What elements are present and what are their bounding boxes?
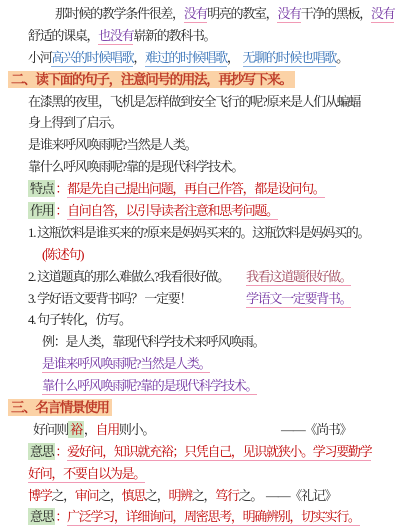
text-segment-plain: ，: [227, 50, 243, 65]
text-segment-plain: 之，: [98, 488, 121, 503]
tedian-line: 特点：都是先自己提出问题，再自己作答，都是设问句。: [0, 178, 395, 200]
para1-line2: 舒适的课桌，也没有崭新的教科书。: [0, 25, 395, 47]
text-segment-red: ：: [55, 203, 67, 218]
section2-question2: 靠什么呼风唤雨呢?靠的是现代科学技术。: [0, 156, 395, 178]
quote-shangshu: 好问则裕，自用则小。——《尚书》: [0, 419, 395, 441]
text-segment-plain: 2. 这道题真的那么难做么?我看很好做。: [28, 269, 229, 284]
text-segment-plain: ——《礼记》: [262, 488, 336, 503]
text-segment-blue-u: 高兴的时候唱歌: [51, 50, 133, 67]
text-segment-maroon-u: 我看这道题很好做。: [246, 269, 351, 286]
text-segment-plain: 例：是人类，靠现代科学技术来呼风唤雨。: [42, 334, 264, 349]
text-segment-red: ：: [55, 509, 67, 524]
text-segment-plain: ，: [84, 422, 96, 437]
item-3: 3. 学好语文要背书吗？ 一定要！学语文一定要背书。: [0, 288, 395, 310]
text-segment-red: 自用: [96, 422, 119, 437]
item-2: 2. 这道题真的那么难做么?我看很好做。我看这道题很好做。: [0, 266, 395, 288]
item-1: 1. 这瓶饮料是谁买来的?原来是妈妈买来的。这瓶饮料是妈妈买的。: [0, 222, 395, 244]
quote-liji: 博学之，审问之，慎思之，明辨之，笃行之。 ——《礼记》: [0, 485, 395, 507]
item-3-answer: 学语文一定要背书。: [246, 288, 351, 310]
section2-question1: 是谁来呼风唤雨呢?当然是人类。: [0, 134, 395, 156]
text-segment-plain: 那时候的教学条件很差，: [55, 6, 184, 21]
zuoyong-line: 作用：自问自答，以引导读者注意和思考问题。: [0, 200, 395, 222]
text-segment-plain: ——《尚书》: [281, 422, 351, 437]
text-segment-plain: 4. 句子转化，仿写。: [28, 312, 131, 327]
text-segment-plain: 崭新的教科书。: [133, 28, 215, 43]
para2-river-sentence: 小河高兴的时候唱歌，难过的时候唱歌， 无聊的时候也唱歌。: [0, 47, 395, 69]
text-segment-plain: 1. 这瓶饮料是谁买来的?原来是妈妈买来的。这瓶饮料是妈妈买的。: [28, 225, 369, 240]
text-segment-red: 审问: [75, 488, 98, 503]
text-segment-red: 笃行: [215, 488, 238, 503]
text-segment-red-u: 广泛学习，详细询问，周密思考，明确辨别，切实实行。: [67, 509, 360, 526]
item-4-answer2: 靠什么呼风唤雨呢?靠的是现代科学技术。: [0, 375, 395, 397]
text-segment-purple-u: 也没有: [98, 28, 133, 45]
text-segment-green-label: 特点: [28, 180, 55, 197]
para1-line1: 那时候的教学条件很差，没有明亮的教室，没有干净的黑板，没有: [0, 3, 395, 25]
text-segment-red: 慎思: [122, 488, 145, 503]
text-segment-green-label: 意思: [28, 443, 55, 460]
text-segment-blue-u: 无聊的时候也唱歌: [243, 50, 337, 67]
text-segment-plain: 之。: [239, 488, 262, 503]
text-segment-plain: 舒适的课桌，: [28, 28, 98, 43]
text-segment-red: (陈述句): [42, 247, 83, 262]
text-segment-plain: 小河: [28, 50, 51, 65]
item-4: 4. 句子转化，仿写。: [0, 309, 395, 331]
text-segment-heading: 三、名言情景使用: [8, 399, 112, 416]
text-segment-plain: 干净的黑板，: [301, 6, 371, 21]
text-segment-red-u: 自问自答，以引导读者注意和思考问题。: [67, 203, 278, 220]
text-segment-red-u: 都是先自己提出问题，再自己作答，都是设问句。: [67, 181, 324, 198]
item-2-answer: 我看这道题很好做。: [246, 266, 351, 288]
text-segment-green-label: 意思: [28, 508, 55, 525]
section2-para-line2: 身上得到了启示。: [0, 112, 395, 134]
text-segment-red: 博学: [28, 488, 51, 503]
section3-heading: 三、名言情景使用: [0, 397, 395, 419]
text-segment-plain: 好问则: [33, 422, 68, 437]
text-segment-heading: 二、读下面的句子，注意问号的用法，再抄写下来。: [8, 71, 295, 88]
text-segment-plain: 靠什么呼风唤雨呢?靠的是现代科学技术。: [28, 159, 243, 174]
yisi-1-line2: 好问，不要自以为是。: [0, 463, 395, 485]
text-segment-purple-u: 是谁来呼风唤雨呢?当然是人类。: [42, 356, 210, 373]
text-segment-purple-u: 没有: [277, 6, 300, 23]
text-segment-plain: ，: [133, 50, 145, 65]
section2-heading: 二、读下面的句子，注意问号的用法，再抄写下来。: [0, 69, 395, 91]
yisi-2: 意思：广泛学习，详细询问，周密思考，明确辨别，切实实行。: [0, 506, 395, 527]
text-segment-plain: 。: [336, 50, 348, 65]
yisi-1-line1: 意思：爱好问，知识就充裕；只凭自己，见识就狭小。学习要勤学: [0, 441, 395, 463]
item-1-note: (陈述句): [0, 244, 395, 266]
text-segment-blue-u: 难过的时候唱歌: [145, 50, 227, 67]
text-segment-plain: 之，: [192, 488, 215, 503]
text-segment-red: ：: [55, 444, 67, 459]
text-segment-red: ：: [55, 181, 67, 196]
text-segment-plain: 之，: [145, 488, 168, 503]
text-segment-purple-u: 学语文一定要背书。: [246, 291, 351, 308]
text-segment-purple-u: 没有: [371, 6, 394, 23]
section2-para-line1: 在漆黑的夜里，飞机是怎样做到安全飞行的呢?原来是人们从蝙蝠: [0, 91, 395, 113]
text-segment-plain: 则小。: [119, 422, 154, 437]
text-segment-plain: 3. 学好语文要背书吗？ 一定要！: [28, 291, 191, 306]
quote-shangshu-source: ——《尚书》: [281, 419, 351, 441]
item-4-example: 例：是人类，靠现代科学技术来呼风唤雨。: [0, 331, 395, 353]
text-segment-plain: 之，: [51, 488, 74, 503]
text-segment-purple-u: 没有: [184, 6, 207, 23]
text-segment-plain: 身上得到了启示。: [28, 115, 122, 130]
text-segment-purple-u: 靠什么呼风唤雨呢?靠的是现代科学技术。: [42, 378, 257, 395]
worksheet-page: 那时候的教学条件很差，没有明亮的教室，没有干净的黑板，没有舒适的课桌，也没有崭新…: [0, 0, 395, 527]
text-segment-green-label: 作用: [28, 202, 55, 219]
text-segment-plain: 在漆黑的夜里，飞机是怎样做到安全飞行的呢?原来是人们从蝙蝠: [28, 94, 360, 109]
text-segment-red: 明辨: [168, 488, 191, 503]
item-4-answer1: 是谁来呼风唤雨呢?当然是人类。: [0, 353, 395, 375]
text-segment-plain: 是谁来呼风唤雨呢?当然是人类。: [28, 137, 196, 152]
text-segment-red-u: 爱好问，知识就充裕；只凭自己，见识就狭小。学习要勤学: [67, 444, 371, 461]
text-segment-red-u: 好问，不要自以为是。: [28, 466, 145, 483]
text-segment-green-label-red: 裕: [68, 421, 84, 438]
text-segment-plain: 明亮的教室，: [207, 6, 277, 21]
